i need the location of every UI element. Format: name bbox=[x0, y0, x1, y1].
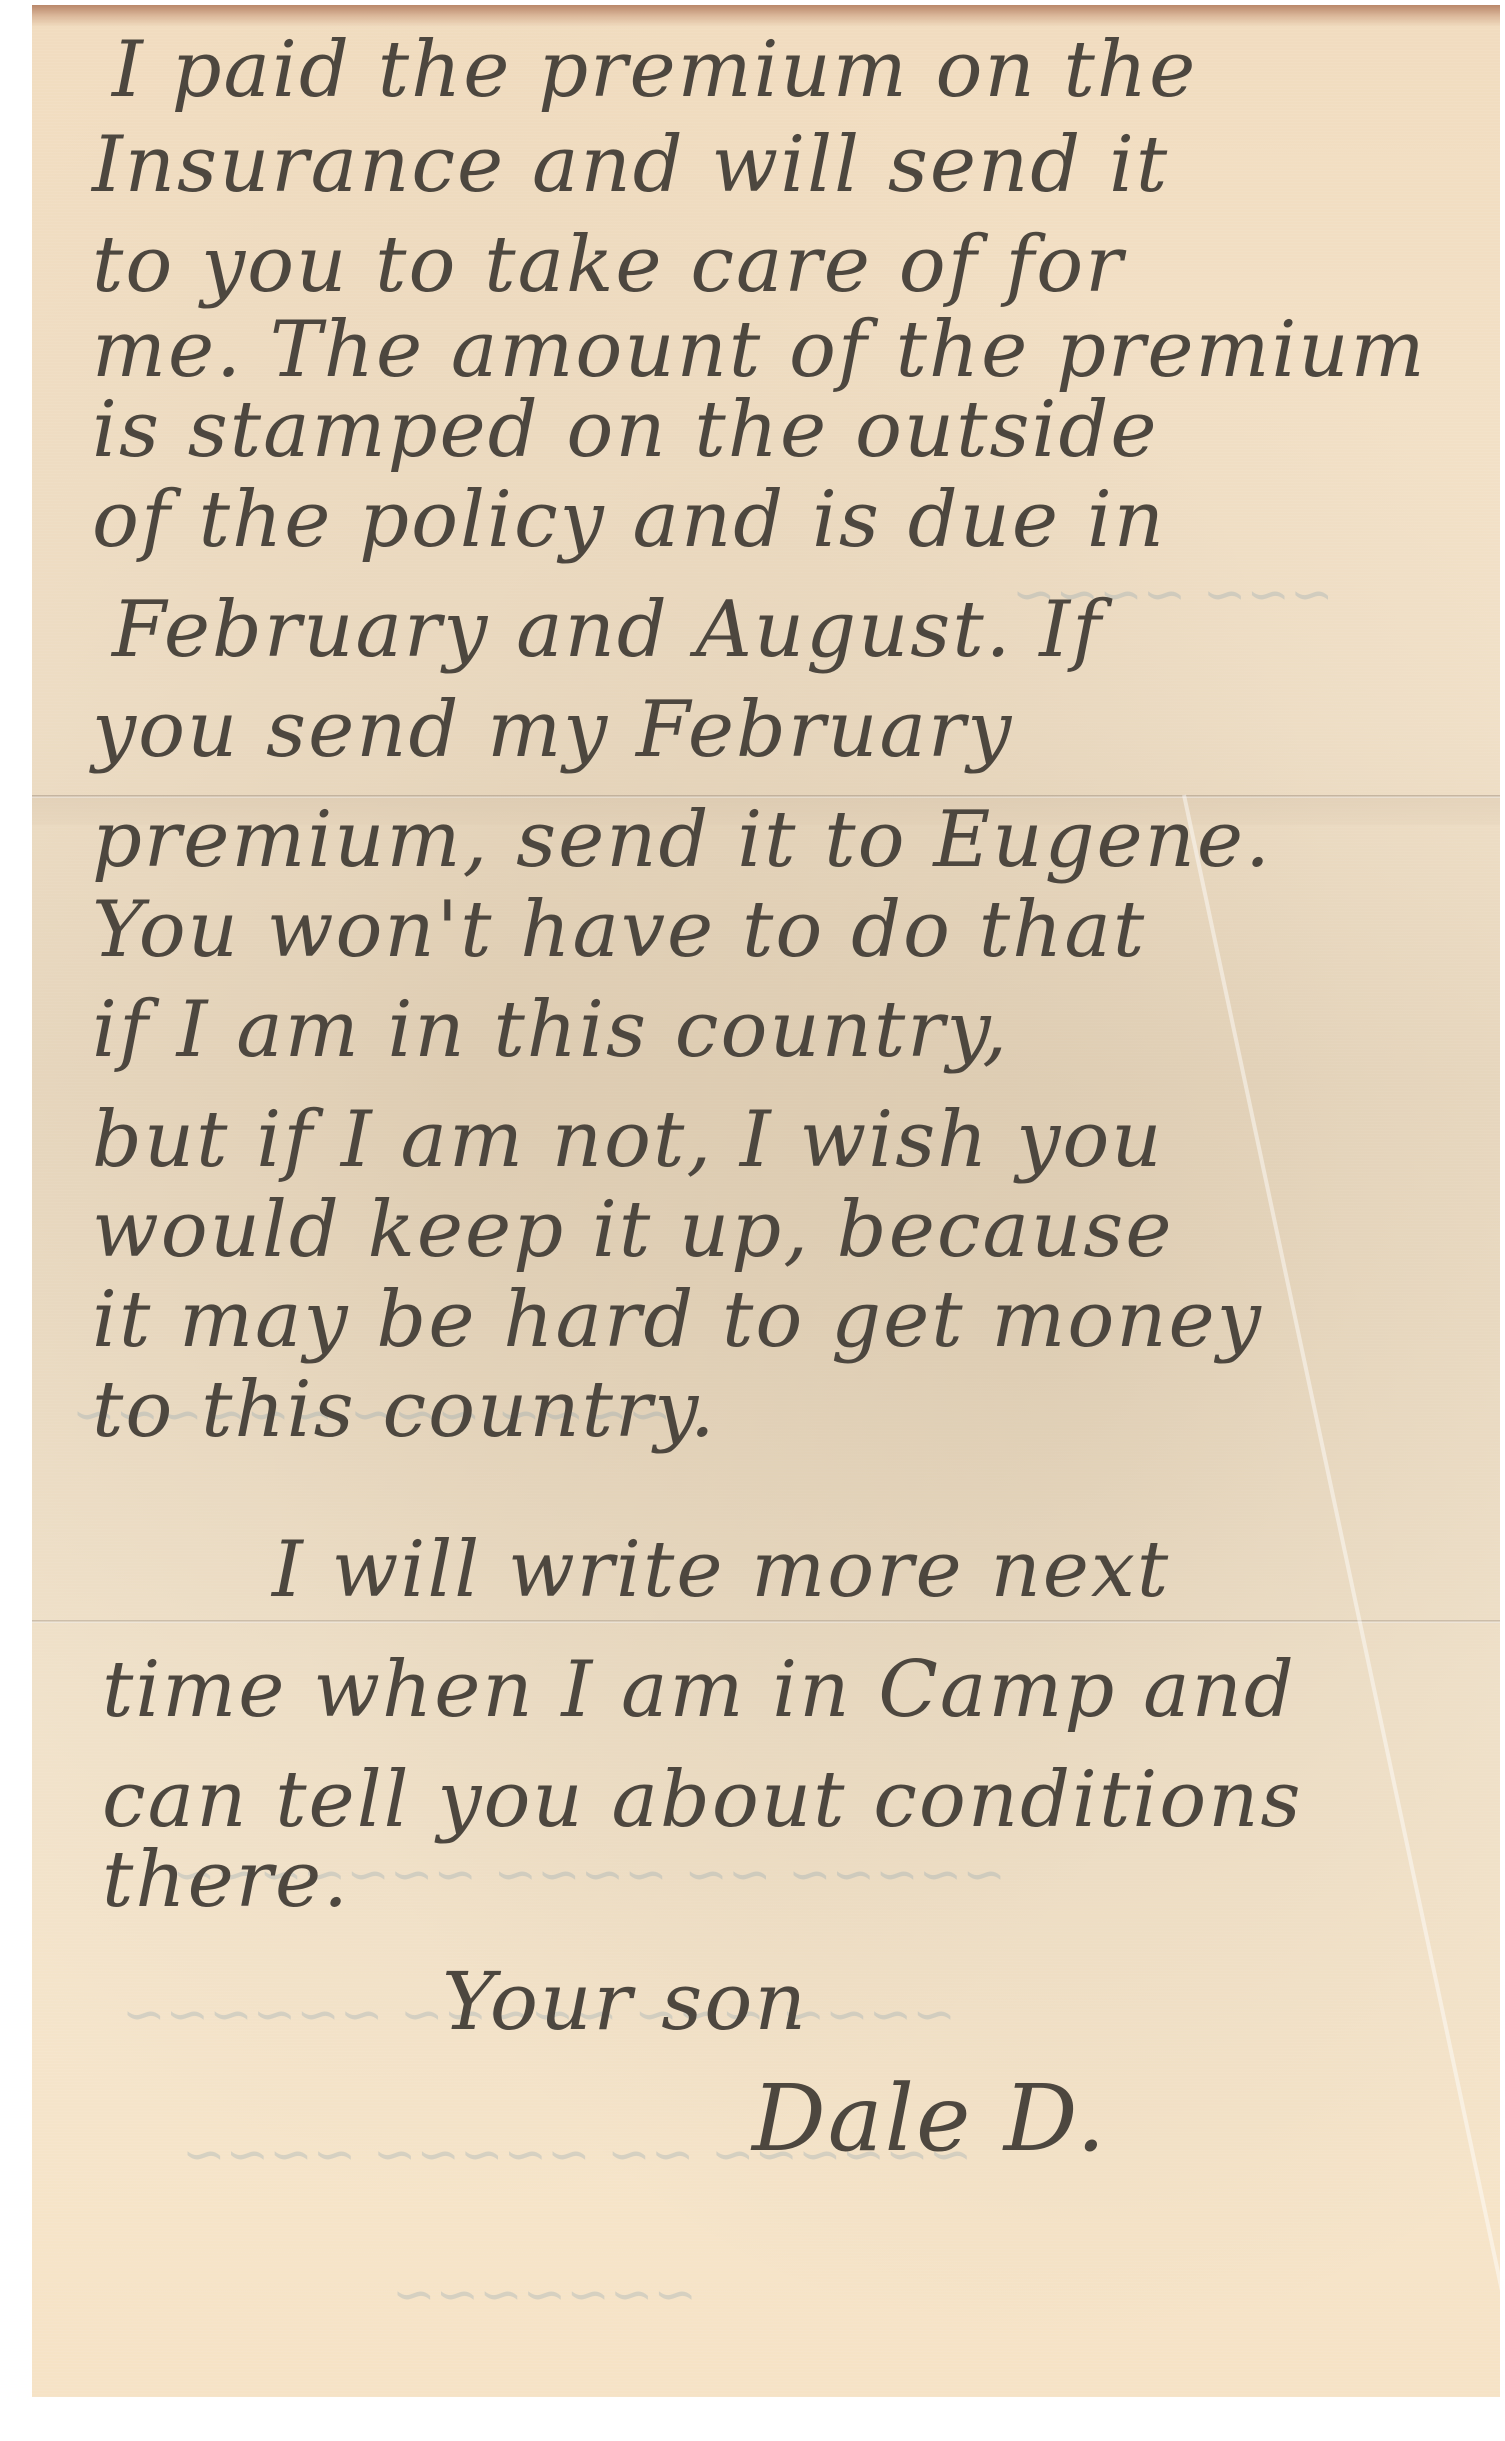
body-line: I will write more next bbox=[272, 1525, 1170, 1615]
top-edge-stain bbox=[32, 5, 1500, 27]
body-line: you send my February bbox=[92, 685, 1013, 775]
body-line: time when I am in Camp and bbox=[102, 1645, 1296, 1735]
letter-signature: Dale D. bbox=[752, 2065, 1107, 2172]
body-line: it may be hard to get money bbox=[92, 1275, 1263, 1365]
body-line: premium, send it to Eugene. bbox=[92, 795, 1272, 885]
bleed-through-text: ~~~~~~~ bbox=[392, 2265, 697, 2325]
body-line: to you to take care of for bbox=[92, 220, 1124, 310]
diagonal-crease bbox=[1182, 795, 1505, 2361]
body-line: to this country. bbox=[92, 1365, 717, 1455]
body-line: can tell you about conditions bbox=[102, 1755, 1303, 1845]
body-line: of the policy and is due in bbox=[92, 475, 1166, 565]
letter-closing: Your son bbox=[442, 1955, 808, 2048]
body-line: February and August. If bbox=[112, 585, 1103, 675]
body-line: I paid the premium on the bbox=[112, 25, 1197, 115]
fold-crease-lower bbox=[32, 1620, 1500, 1623]
body-line: if I am in this country, bbox=[92, 985, 1009, 1075]
body-line: but if I am not, I wish you bbox=[92, 1095, 1164, 1185]
body-line: me. The amount of the premium bbox=[92, 305, 1427, 395]
body-line: You won't have to do that bbox=[92, 885, 1146, 975]
body-line: Insurance and will send it bbox=[92, 120, 1169, 210]
body-line: there. bbox=[102, 1835, 350, 1925]
letter-page: ~~~ ~~~~ ~~~~ ~~~ ~~~~~~ ~~~~~ ~~ ~~~~ ~… bbox=[32, 5, 1500, 2397]
body-line: is stamped on the outside bbox=[92, 385, 1159, 475]
body-line: would keep it up, because bbox=[92, 1185, 1173, 1275]
